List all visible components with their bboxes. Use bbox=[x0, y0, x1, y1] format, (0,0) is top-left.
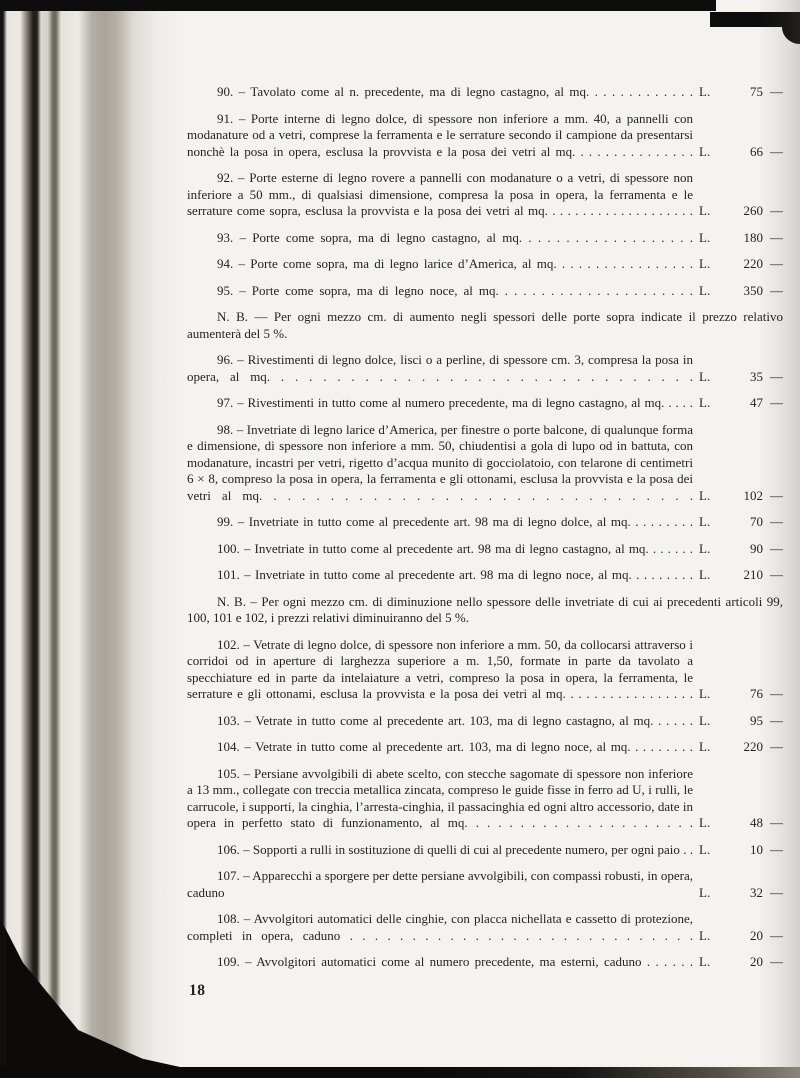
currency-label: L. bbox=[699, 885, 710, 902]
dot-leader: . . . . . . . . bbox=[635, 514, 693, 529]
price-list-entry: 102. – Vetrate di legno dolce, di spesso… bbox=[187, 637, 783, 703]
price: L. 95 — bbox=[699, 713, 783, 730]
entry-number: 96. bbox=[217, 352, 233, 367]
entry-number: 92. bbox=[217, 170, 233, 185]
price-list-entry: 93. – Porte come sopra, ma di legno cast… bbox=[187, 230, 783, 247]
price-amount: 20 bbox=[710, 954, 763, 971]
currency-label: L. bbox=[699, 144, 710, 161]
entry-number: 98. bbox=[217, 422, 233, 437]
entry-number: 104. bbox=[217, 739, 240, 754]
dot-leader: . . bbox=[683, 842, 693, 857]
entry-paragraph: 95. – Porte come sopra, ma di legno noce… bbox=[187, 283, 693, 300]
entry-paragraph: 102. – Vetrate di legno dolce, di spesso… bbox=[187, 637, 693, 703]
currency-label: L. bbox=[699, 541, 710, 558]
entry-paragraph: 100. – Invetriate in tutto come al prece… bbox=[187, 541, 693, 558]
dot-leader: . . . . . bbox=[658, 713, 693, 728]
price: L. 70 — bbox=[699, 514, 783, 531]
price-dash: — bbox=[770, 713, 783, 730]
price: L. 220 — bbox=[699, 256, 783, 273]
currency-label: L. bbox=[699, 84, 710, 101]
price-dash: — bbox=[770, 541, 783, 558]
entry-text: – Porte come sopra, ma di legno noce, al… bbox=[239, 283, 498, 298]
entry-text: – Sopporti a rulli in sostituzione di qu… bbox=[243, 842, 680, 857]
book-edge-strip bbox=[0, 0, 185, 1078]
entry-text: – Porte come sopra, ma di legno castagno… bbox=[240, 230, 523, 245]
price-amount: 90 bbox=[710, 541, 763, 558]
entry-paragraph: 91. – Porte interne di legno dolce, di s… bbox=[187, 111, 693, 161]
currency-label: L. bbox=[699, 230, 710, 247]
price-amount: 102 bbox=[710, 488, 763, 505]
price-amount: 260 bbox=[710, 203, 763, 220]
entry-paragraph: 104. – Vetrate in tutto come al preceden… bbox=[187, 739, 693, 756]
price: L. 32 — bbox=[699, 885, 783, 902]
price: L. 76 — bbox=[699, 686, 783, 703]
entry-number: 97. bbox=[217, 395, 233, 410]
price-dash: — bbox=[770, 739, 783, 756]
price-list-entry: 109. – Avvolgitori automatici come al nu… bbox=[187, 954, 783, 971]
note-paragraph: N. B. – Per ogni mezzo cm. di diminuzion… bbox=[187, 594, 783, 627]
dot-leader: . . . . bbox=[668, 395, 693, 410]
price: L. 35 — bbox=[699, 369, 783, 386]
price-dash: — bbox=[770, 283, 783, 300]
price-dash: — bbox=[770, 686, 783, 703]
dot-leader: . . . . . . . . . . . . bbox=[595, 84, 693, 99]
price: L. 210 — bbox=[699, 567, 783, 584]
entry-number: 94. bbox=[217, 256, 233, 271]
entry-paragraph: 90. – Tavolato come al n. precedente, ma… bbox=[187, 84, 693, 101]
entry-text: – Invetriate in tutto come al precedente… bbox=[244, 567, 632, 582]
price-amount: 220 bbox=[710, 256, 763, 273]
dot-leader: . . . . . . . . bbox=[635, 739, 693, 754]
entry-number: N. B. bbox=[217, 309, 248, 324]
entry-text: – Vetrate in tutto come al precedente ar… bbox=[244, 713, 653, 728]
currency-label: L. bbox=[699, 395, 710, 412]
dot-leader: . . . . . . bbox=[647, 954, 693, 969]
price: L. 90 — bbox=[699, 541, 783, 558]
price-amount: 35 bbox=[710, 369, 763, 386]
entry-number: 101. bbox=[217, 567, 240, 582]
price: L. 47 — bbox=[699, 395, 783, 412]
entry-number: 109. bbox=[217, 954, 240, 969]
dot-leader: . . . . . . . . . . . . . . . . . . . . … bbox=[273, 488, 693, 503]
entry-number: 100. bbox=[217, 541, 240, 556]
entry-paragraph: 103. – Vetrate in tutto come al preceden… bbox=[187, 713, 693, 730]
note-paragraph: N. B. — Per ogni mezzo cm. di aumento ne… bbox=[187, 309, 783, 342]
price: L. 180 — bbox=[699, 230, 783, 247]
price-dash: — bbox=[770, 230, 783, 247]
price-list-entry: 100. – Invetriate in tutto come al prece… bbox=[187, 541, 783, 558]
price-dash: — bbox=[770, 256, 783, 273]
price: L. 48 — bbox=[699, 815, 783, 832]
price-amount: 350 bbox=[710, 283, 763, 300]
top-edge-bar bbox=[0, 0, 716, 11]
price-amount: 180 bbox=[710, 230, 763, 247]
currency-label: L. bbox=[699, 567, 710, 584]
price-dash: — bbox=[770, 84, 783, 101]
dot-leader: . . . . . . . . . . . . . . . . . . . . … bbox=[350, 928, 693, 943]
price: L. 260 — bbox=[699, 203, 783, 220]
entry-paragraph: 98. – Invetriate di legno larice d’Ameri… bbox=[187, 422, 693, 505]
entry-text: – Porte come sopra, ma di legno larice d… bbox=[239, 256, 557, 271]
price-amount: 70 bbox=[710, 514, 763, 531]
price-list: 90. – Tavolato come al n. precedente, ma… bbox=[187, 84, 783, 981]
price-list-entry: 95. – Porte come sopra, ma di legno noce… bbox=[187, 283, 783, 300]
currency-label: L. bbox=[699, 713, 710, 730]
entry-paragraph: 97. – Rivestimenti in tutto come al nume… bbox=[187, 395, 693, 412]
price-dash: — bbox=[770, 885, 783, 902]
price-dash: — bbox=[770, 369, 783, 386]
price-dash: — bbox=[770, 815, 783, 832]
price-list-entry: 103. – Vetrate in tutto come al preceden… bbox=[187, 713, 783, 730]
price-list-entry: 101. – Invetriate in tutto come al prece… bbox=[187, 567, 783, 584]
entry-number: 90. bbox=[217, 84, 233, 99]
entry-number: 107. bbox=[217, 868, 240, 883]
dot-leader: . . . . . . . . . . . . . . . . . . . bbox=[552, 203, 693, 218]
price: L. 75 — bbox=[699, 84, 783, 101]
price-dash: — bbox=[770, 842, 783, 859]
price-list-entry: 107. – Apparecchi a sporgere per dette p… bbox=[187, 868, 783, 901]
price-list-entry: 97. – Rivestimenti in tutto come al nume… bbox=[187, 395, 783, 412]
price: L. 20 — bbox=[699, 954, 783, 971]
price-amount: 10 bbox=[710, 842, 763, 859]
dot-leader: . . . . . . . . . . . . . . . . bbox=[570, 686, 693, 701]
entry-paragraph: 93. – Porte come sopra, ma di legno cast… bbox=[187, 230, 693, 247]
price-dash: — bbox=[770, 514, 783, 531]
price-list-entry: 106. – Sopporti a rulli in sostituzione … bbox=[187, 842, 783, 859]
entry-number: 108. bbox=[217, 911, 240, 926]
entry-number: 103. bbox=[217, 713, 240, 728]
dot-leader: . . . . . . bbox=[653, 541, 693, 556]
price-dash: — bbox=[770, 144, 783, 161]
entry-number: 105. bbox=[217, 766, 240, 781]
currency-label: L. bbox=[699, 815, 710, 832]
price: L. 20 — bbox=[699, 928, 783, 945]
price-amount: 95 bbox=[710, 713, 763, 730]
entry-text: — Per ogni mezzo cm. di aumento negli sp… bbox=[187, 309, 783, 341]
price: L. 66 — bbox=[699, 144, 783, 161]
currency-label: L. bbox=[699, 488, 710, 505]
dot-leader: . . . . . . . . . . . . . . . . . . bbox=[528, 230, 693, 245]
dot-leader: . . . . . . . . . . . . . . . . . . . . bbox=[476, 815, 693, 830]
price-list-entry: 90. – Tavolato come al n. precedente, ma… bbox=[187, 84, 783, 101]
price: L. 102 — bbox=[699, 488, 783, 505]
entry-paragraph: 106. – Sopporti a rulli in sostituzione … bbox=[187, 842, 693, 859]
bottom-edge-bar bbox=[0, 1067, 800, 1078]
price-list-entry: 105. – Persiane avvolgibili di abete sce… bbox=[187, 766, 783, 832]
price-dash: — bbox=[770, 395, 783, 412]
entry-paragraph: 94. – Porte come sopra, ma di legno lari… bbox=[187, 256, 693, 273]
price-list-entry: 108. – Avvolgitori automatici delle cing… bbox=[187, 911, 783, 944]
currency-label: L. bbox=[699, 256, 710, 273]
price-list-entry: 91. – Porte interne di legno dolce, di s… bbox=[187, 111, 783, 161]
entry-text: – Avvolgitori automatici come al numero … bbox=[245, 954, 641, 969]
price-list-entry: 96. – Rivestimenti di legno dolce, lisci… bbox=[187, 352, 783, 385]
price-dash: — bbox=[770, 567, 783, 584]
entry-text: – Per ogni mezzo cm. di diminuzione nell… bbox=[187, 594, 783, 626]
entry-paragraph: 109. – Avvolgitori automatici come al nu… bbox=[187, 954, 693, 971]
entry-text: – Apparecchi a sporgere per dette persia… bbox=[187, 868, 693, 900]
price-amount: 66 bbox=[710, 144, 763, 161]
price-list-entry: 92. – Porte esterne di legno rovere a pa… bbox=[187, 170, 783, 220]
price-dash: — bbox=[770, 203, 783, 220]
price-dash: — bbox=[770, 928, 783, 945]
currency-label: L. bbox=[699, 514, 710, 531]
dot-leader: . . . . . . . . . . . . . . . . . . . . … bbox=[505, 283, 693, 298]
currency-label: L. bbox=[699, 283, 710, 300]
price: L. 220 — bbox=[699, 739, 783, 756]
scanned-page: 90. – Tavolato come al n. precedente, ma… bbox=[0, 0, 800, 1078]
price-amount: 220 bbox=[710, 739, 763, 756]
price-dash: — bbox=[770, 954, 783, 971]
entry-paragraph: 105. – Persiane avvolgibili di abete sce… bbox=[187, 766, 693, 832]
entry-text: – Invetriate in tutto come al precedente… bbox=[244, 541, 649, 556]
price-amount: 75 bbox=[710, 84, 763, 101]
price-amount: 47 bbox=[710, 395, 763, 412]
currency-label: L. bbox=[699, 739, 710, 756]
price-list-entry: 104. – Vetrate in tutto come al preceden… bbox=[187, 739, 783, 756]
entry-number: 106. bbox=[217, 842, 240, 857]
dot-leader: . . . . . . . . . . . . . . bbox=[581, 144, 694, 159]
entry-number: 95. bbox=[217, 283, 233, 298]
price-amount: 32 bbox=[710, 885, 763, 902]
dot-leader: . . . . . . . . . . . . . . . . . . . . … bbox=[281, 369, 693, 384]
entry-paragraph: 108. – Avvolgitori automatici delle cing… bbox=[187, 911, 693, 944]
dot-leader: . . . . . . . . . . . . . . . . bbox=[562, 256, 693, 271]
currency-label: L. bbox=[699, 203, 710, 220]
entry-number: 93. bbox=[217, 230, 233, 245]
price-dash: — bbox=[770, 488, 783, 505]
currency-label: L. bbox=[699, 954, 710, 971]
price-amount: 210 bbox=[710, 567, 763, 584]
entry-paragraph: 99. – Invetriate in tutto come al preced… bbox=[187, 514, 693, 531]
currency-label: L. bbox=[699, 842, 710, 859]
dot-leader: . . . . . . . . bbox=[636, 567, 693, 582]
price-amount: 20 bbox=[710, 928, 763, 945]
price: L. 350 — bbox=[699, 283, 783, 300]
entry-number: 91. bbox=[217, 111, 233, 126]
entry-number: 102. bbox=[217, 637, 240, 652]
currency-label: L. bbox=[699, 928, 710, 945]
entry-paragraph: N. B. — Per ogni mezzo cm. di aumento ne… bbox=[187, 309, 783, 342]
price-list-entry: 99. – Invetriate in tutto come al preced… bbox=[187, 514, 783, 531]
entry-text: – Vetrate in tutto come al precedente ar… bbox=[244, 739, 630, 754]
entry-paragraph: 101. – Invetriate in tutto come al prece… bbox=[187, 567, 693, 584]
entry-text: – Invetriate in tutto come al precedente… bbox=[238, 514, 631, 529]
currency-label: L. bbox=[699, 369, 710, 386]
entry-paragraph: 107. – Apparecchi a sporgere per dette p… bbox=[187, 868, 693, 901]
price: L. 10 — bbox=[699, 842, 783, 859]
price-list-entry: 94. – Porte come sopra, ma di legno lari… bbox=[187, 256, 783, 273]
entry-paragraph: 96. – Rivestimenti di legno dolce, lisci… bbox=[187, 352, 693, 385]
currency-label: L. bbox=[699, 686, 710, 703]
price-amount: 48 bbox=[710, 815, 763, 832]
entry-number: 99. bbox=[217, 514, 233, 529]
entry-text: – Tavolato come al n. precedente, ma di … bbox=[239, 84, 590, 99]
price-list-entry: 98. – Invetriate di legno larice d’Ameri… bbox=[187, 422, 783, 505]
price-amount: 76 bbox=[710, 686, 763, 703]
entry-text: – Rivestimenti in tutto come al numero p… bbox=[237, 395, 664, 410]
entry-paragraph: N. B. – Per ogni mezzo cm. di diminuzion… bbox=[187, 594, 783, 627]
entry-number: N. B. bbox=[217, 594, 246, 609]
page-number: 18 bbox=[189, 982, 206, 1000]
entry-paragraph: 92. – Porte esterne di legno rovere a pa… bbox=[187, 170, 693, 220]
